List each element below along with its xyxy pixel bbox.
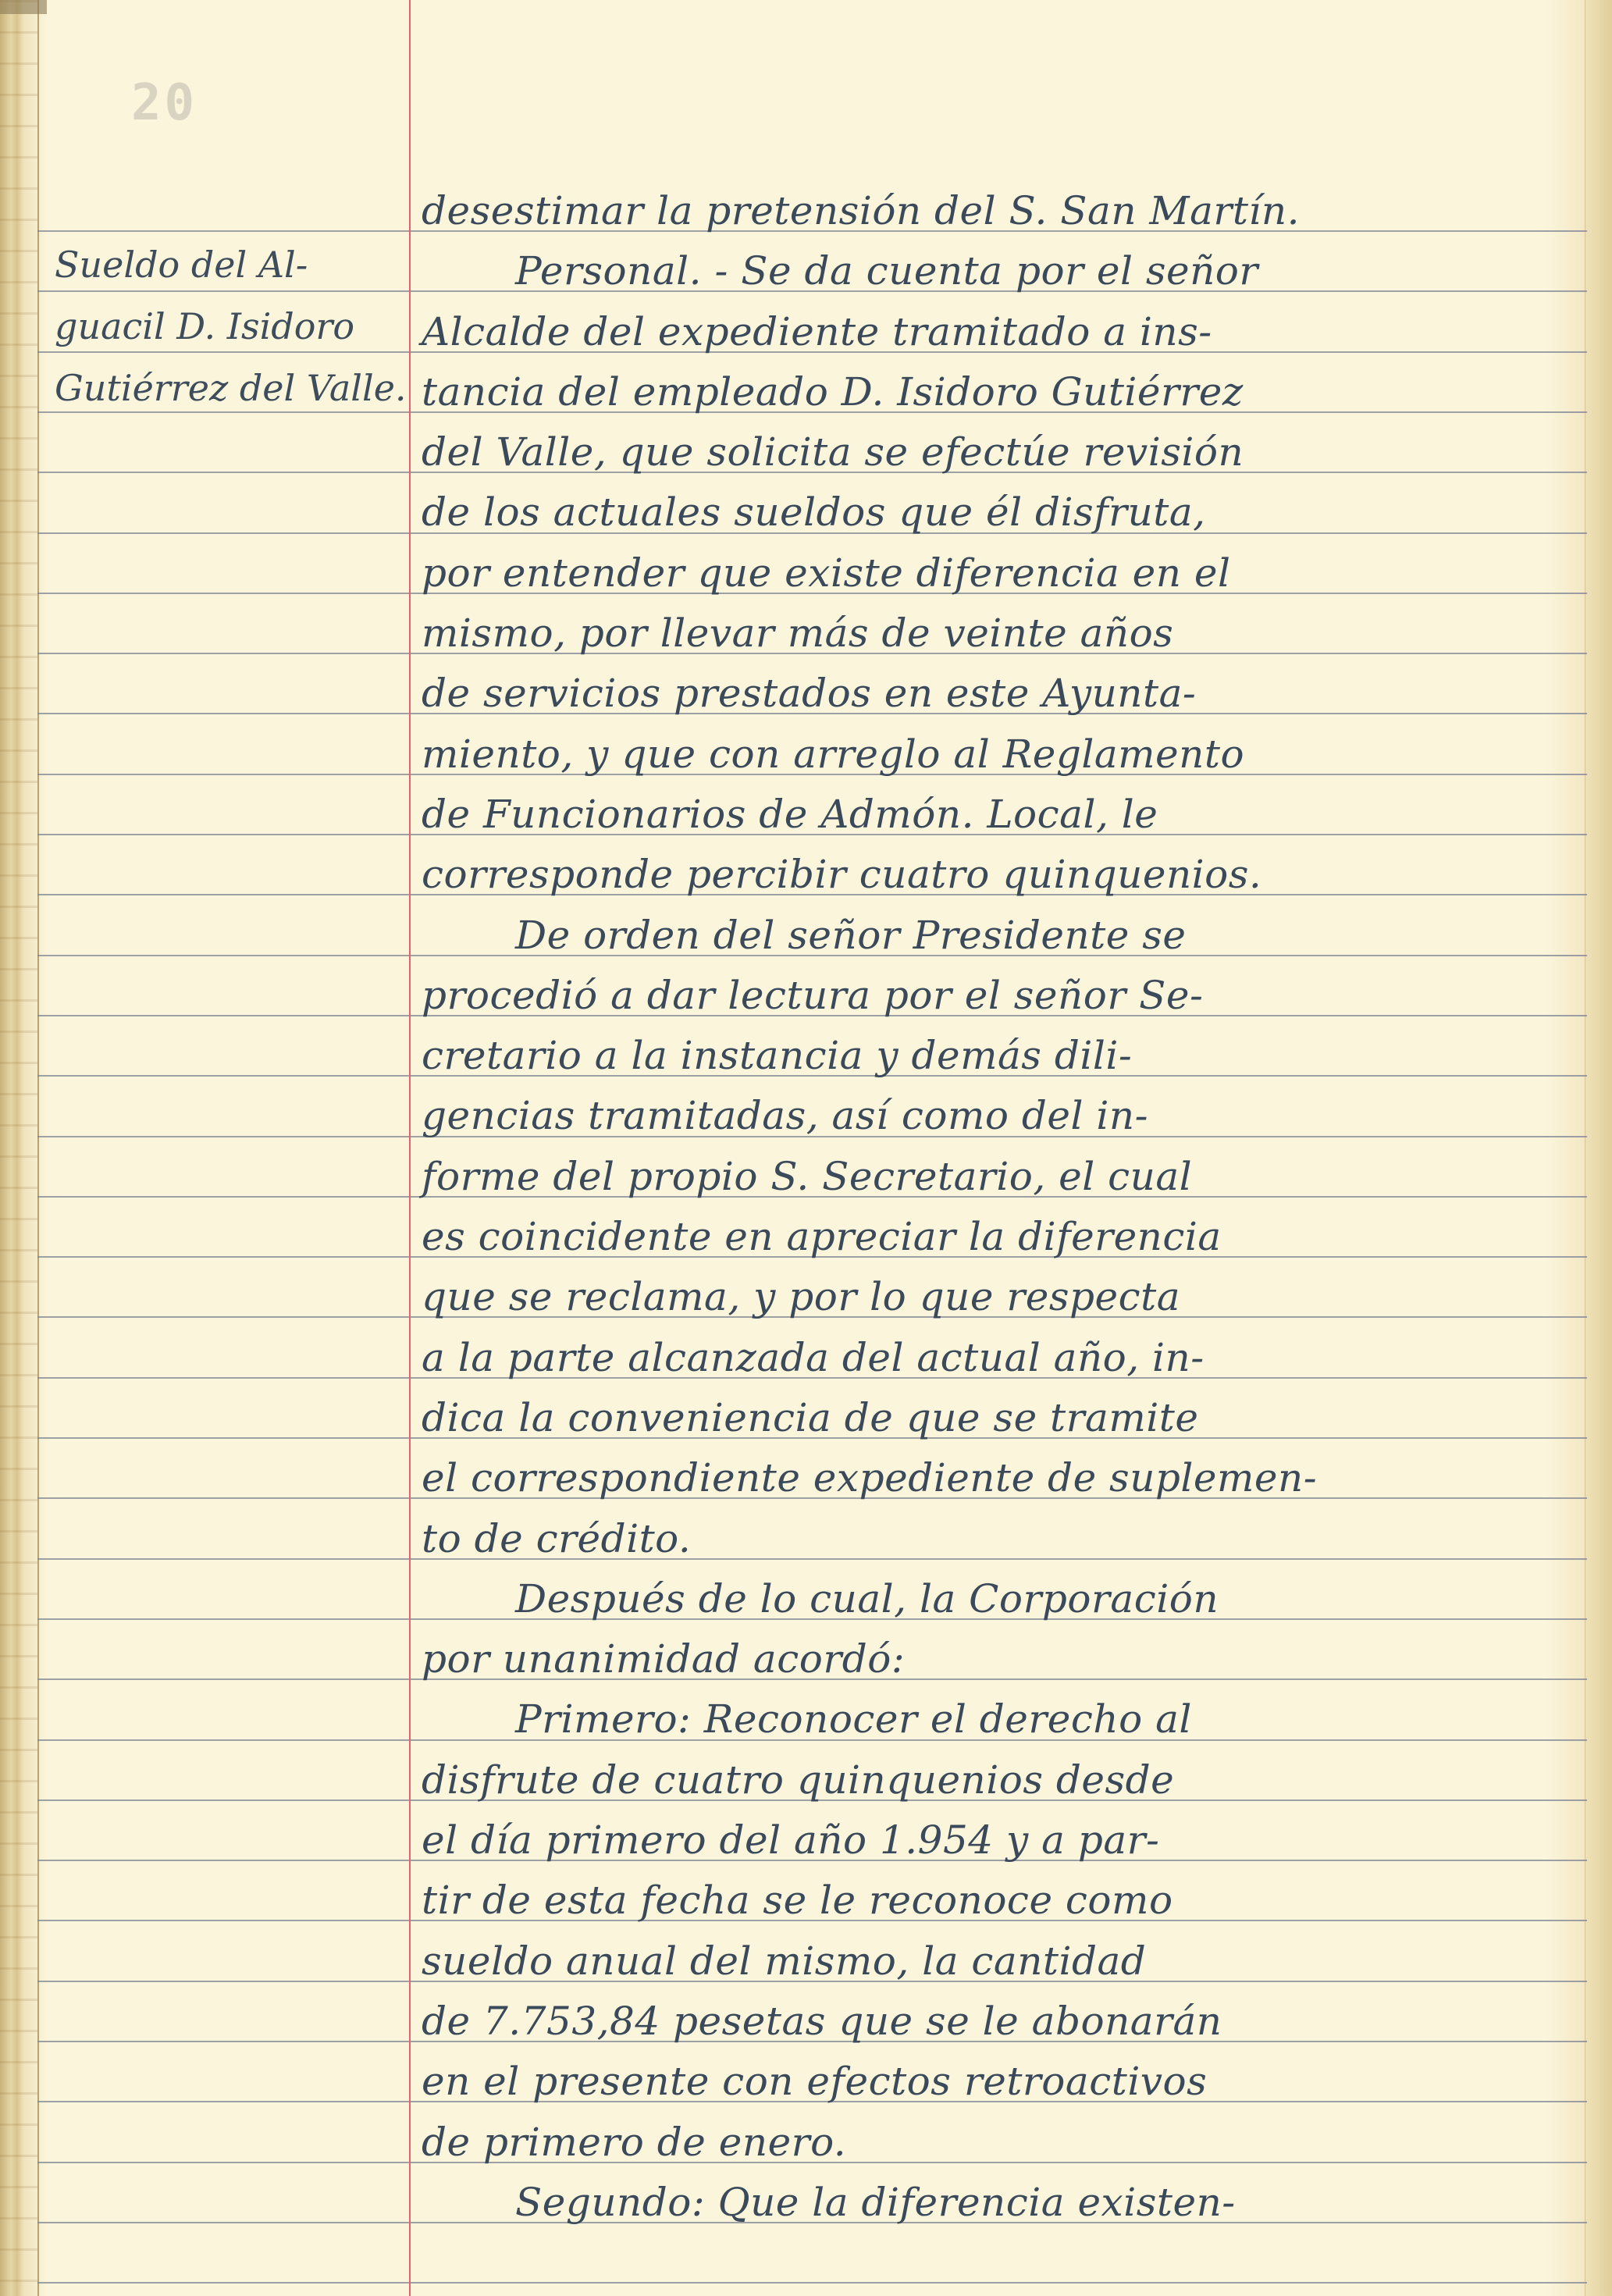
rule-line (37, 2282, 1587, 2284)
handwritten-line: a la parte alcanzada del actual año, in- (422, 1328, 1569, 1388)
margin-note-line: guacil D. Isidoro (55, 296, 398, 358)
handwritten-line: procedió a dar lectura por el señor Se- (422, 966, 1569, 1026)
ledger-page: 20 Sueldo del Al- guacil D. Isidoro Guti… (0, 0, 1612, 2296)
red-margin-line (409, 0, 411, 2296)
handwritten-line: De orden del señor Presidente se (422, 906, 1569, 966)
handwritten-line: dica la conveniencia de que se tramite (422, 1388, 1569, 1448)
handwritten-line: Alcalde del expediente tramitado a ins- (422, 302, 1569, 362)
handwritten-line: tir de esta fecha se le reconoce como (422, 1871, 1569, 1931)
handwritten-line: en el presente con efectos retroactivos (422, 2052, 1569, 2112)
handwritten-line: de Funcionarios de Admón. Local, le (422, 785, 1569, 845)
handwritten-line: cretario a la instancia y demás dili- (422, 1026, 1569, 1086)
page-edge (1585, 0, 1612, 2296)
handwritten-line: mismo, por llevar más de veinte años (422, 603, 1569, 664)
handwritten-line: es coincidente en apreciar la diferencia (422, 1207, 1569, 1267)
handwritten-line: desestimar la pretensión del S. San Mart… (422, 181, 1569, 241)
handwritten-line: del Valle, que solicita se efectúe revis… (422, 422, 1569, 482)
handwritten-line: el día primero del año 1.954 y a par- (422, 1810, 1569, 1871)
margin-note-line: Gutiérrez del Valle. (55, 358, 398, 419)
handwritten-line: Después de lo cual, la Corporación (422, 1569, 1569, 1629)
handwritten-line: de primero de enero. (422, 2113, 1569, 2173)
handwritten-line: to de crédito. (422, 1509, 1569, 1569)
margin-note-line: Sueldo del Al- (55, 234, 398, 296)
handwritten-line: gencias tramitadas, así como del in- (422, 1086, 1569, 1146)
handwritten-line: disfrute de cuatro quinquenios desde (422, 1750, 1569, 1810)
handwritten-line: por unanimidad acordó: (422, 1629, 1569, 1689)
handwritten-line: forme del propio S. Secretario, el cual (422, 1147, 1569, 1207)
handwritten-line: de los actuales sueldos que él disfruta, (422, 482, 1569, 543)
handwritten-line: de 7.753,84 pesetas que se le abonarán (422, 1992, 1569, 2052)
handwritten-line: que se reclama, y por lo que respecta (422, 1267, 1569, 1327)
handwritten-line: de servicios prestados en este Ayunta- (422, 664, 1569, 724)
handwritten-line: sueldo anual del mismo, la cantidad (422, 1931, 1569, 1992)
handwritten-line: Segundo: Que la diferencia existen- (422, 2173, 1569, 2233)
handwritten-line: por entender que existe diferencia en el (422, 543, 1569, 603)
book-binding (0, 0, 39, 2296)
handwritten-line: Personal. - Se da cuenta por el señor (422, 241, 1569, 301)
handwritten-line: tancia del empleado D. Isidoro Gutiérrez (422, 362, 1569, 422)
handwritten-line: corresponde percibir cuatro quinquenios. (422, 845, 1569, 905)
handwritten-line: el correspondiente expediente de supleme… (422, 1448, 1569, 1508)
handwritten-line: miento, y que con arreglo al Reglamento (422, 724, 1569, 785)
handwritten-line: Primero: Reconocer el derecho al (422, 1689, 1569, 1750)
margin-note: Sueldo del Al- guacil D. Isidoro Gutiérr… (55, 234, 398, 419)
minutes-body: desestimar la pretensión del S. San Mart… (422, 181, 1569, 2233)
